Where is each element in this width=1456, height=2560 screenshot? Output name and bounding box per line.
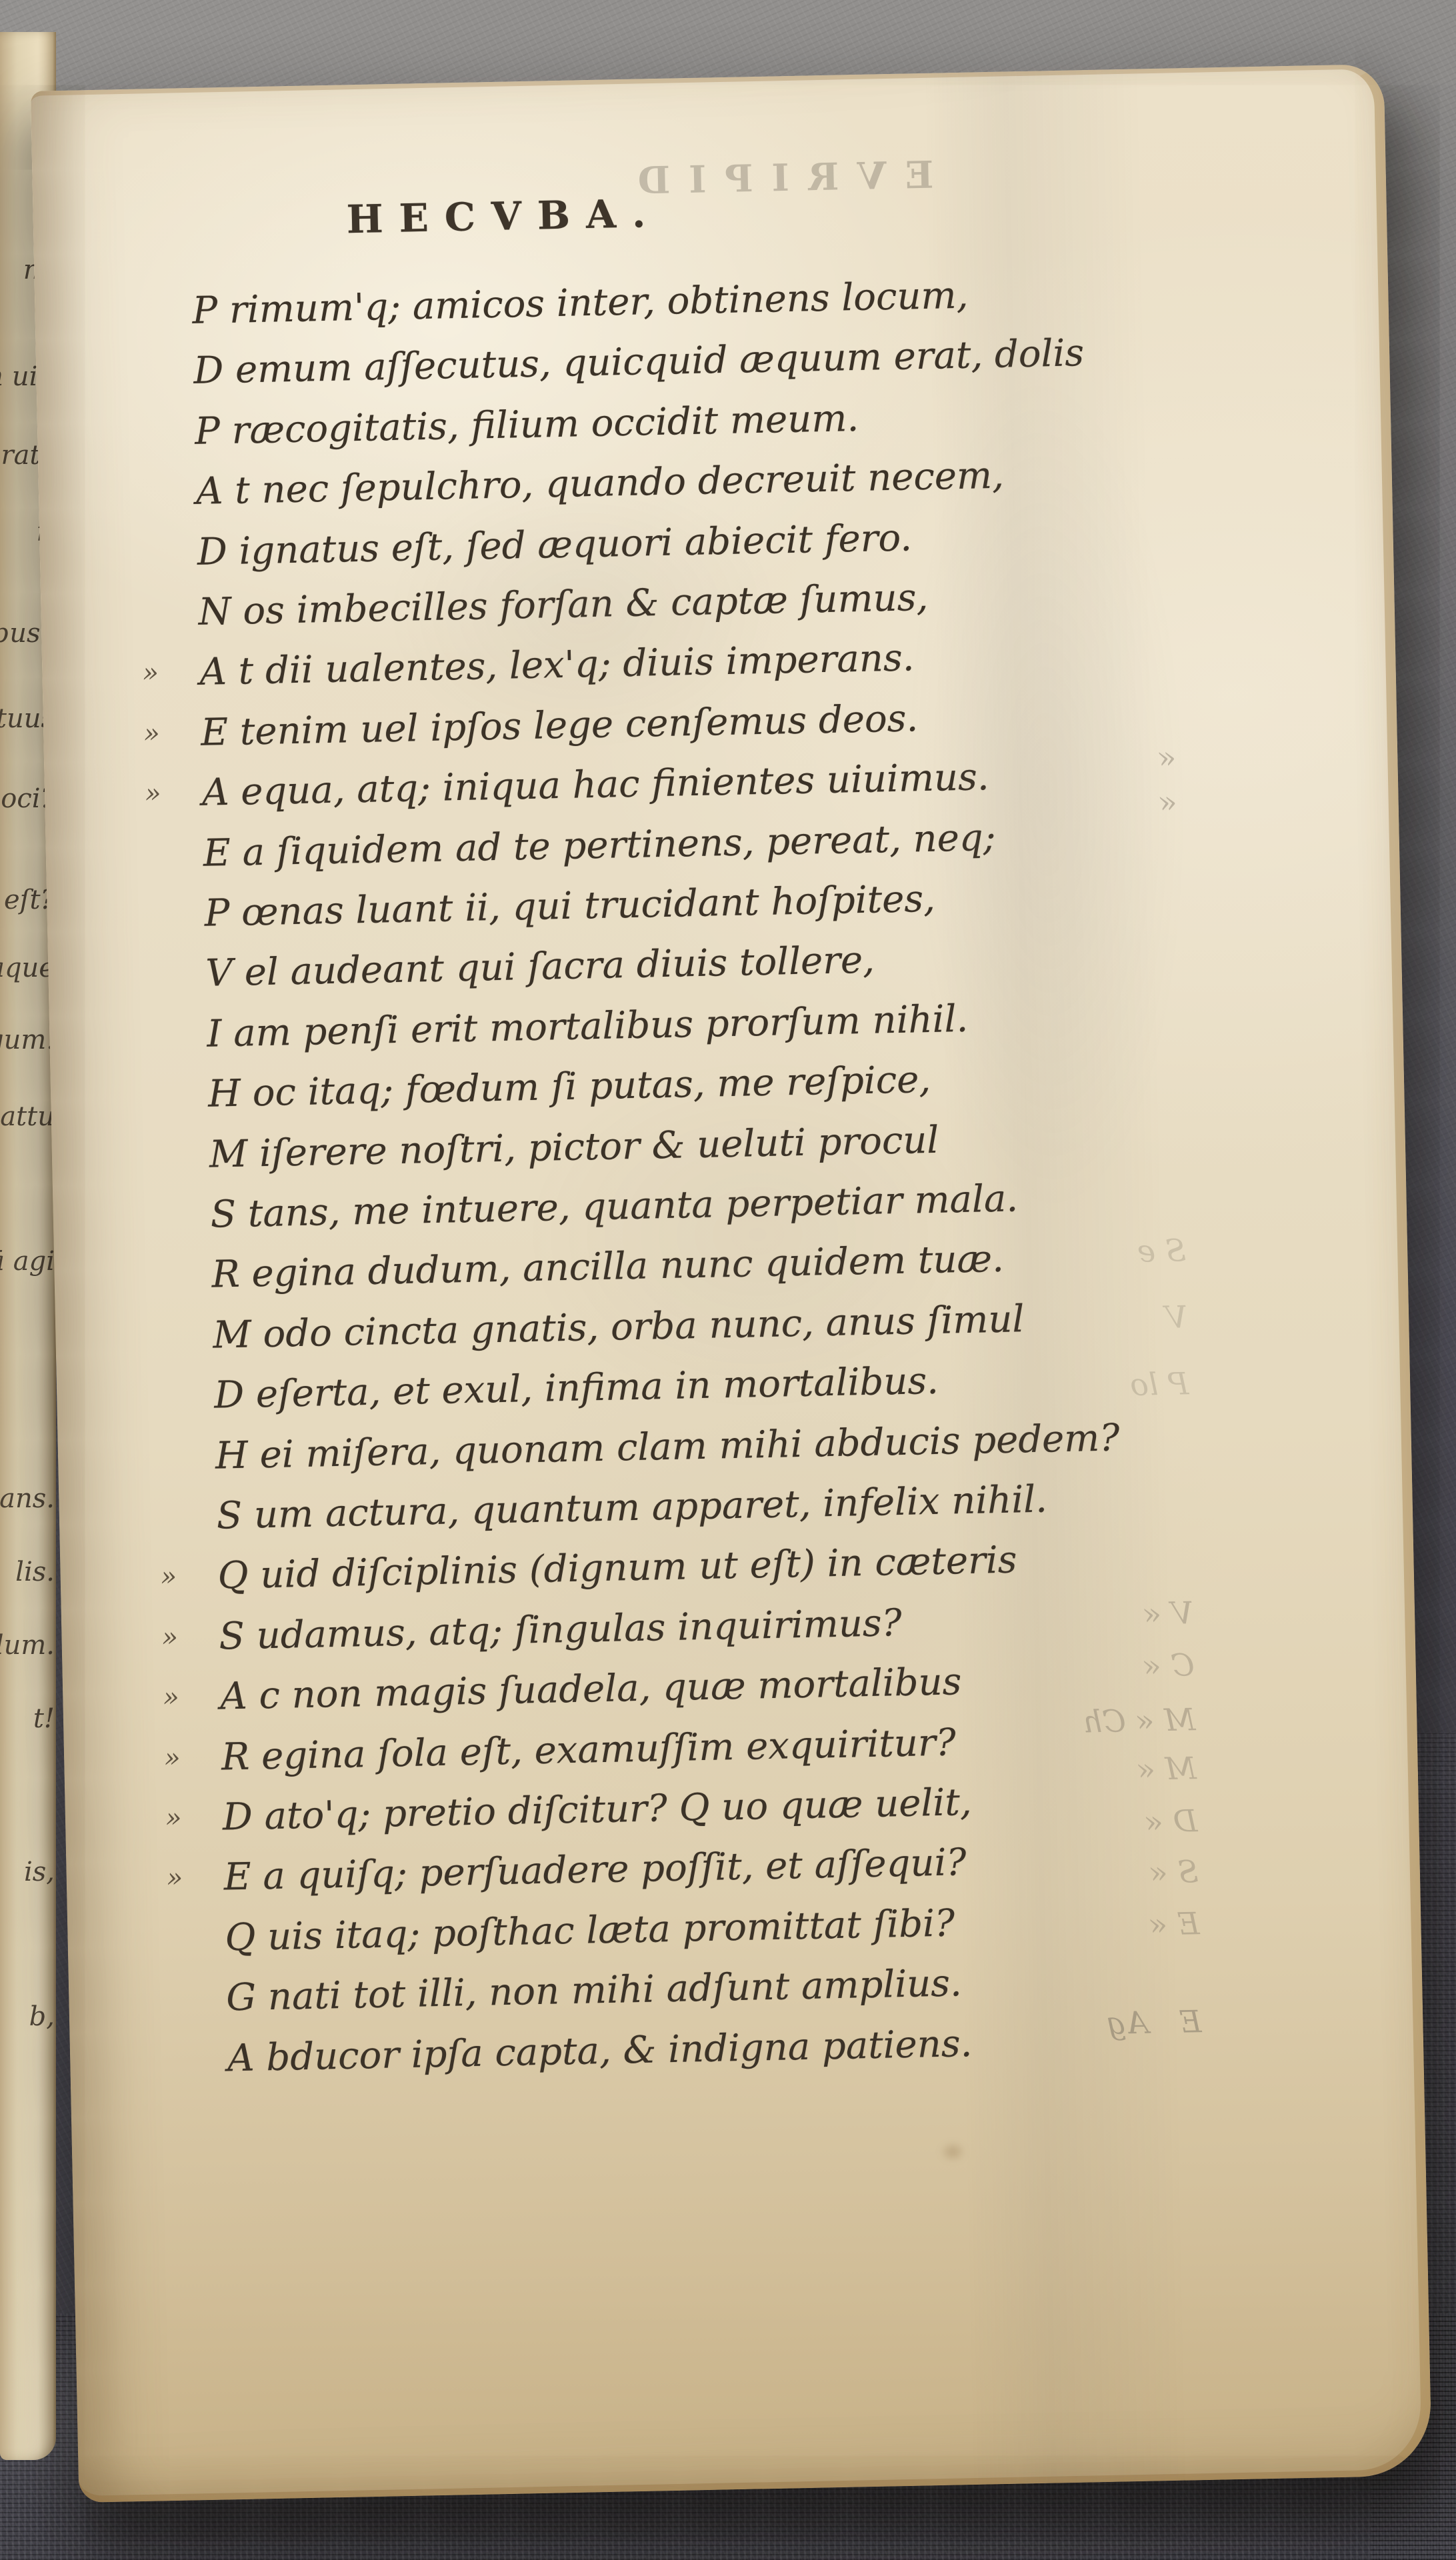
verse-text: P ræcogitatis, filium occidit meum.	[195, 397, 859, 453]
left-page-fragment: b,	[29, 2003, 55, 2030]
showthrough-text: M «	[996, 1753, 1197, 1787]
margin-quote-mark	[139, 500, 196, 501]
verse-text: A t dii ualentes, lex'q; diuis imperans.	[199, 637, 915, 695]
verse-text: G nati tot illi, non mihi adſunt amplius…	[226, 1961, 963, 2019]
margin-quote-mark	[150, 1043, 207, 1044]
verse-line: P rimum'q; amicos inter, obtinens locum,	[135, 277, 969, 331]
left-page-fragment: ans.	[0, 1485, 55, 1512]
left-page-fragment: is attu	[0, 1103, 55, 1130]
verse-line: »R egina ſola eſt, examuſſim exquiritur?	[164, 1724, 957, 1777]
left-page-fragment: is,	[24, 1859, 55, 1885]
verse-text: A c non magis ſuadela, quæ mortalibus	[220, 1660, 962, 1718]
verse-text: N os imbecilles forſan & captæ ſumus,	[198, 576, 929, 634]
margin-quote-mark	[135, 319, 193, 321]
margin-quote-mark: »	[143, 719, 201, 747]
verse-text: D eſerta, et exul, infima in mortalibus.	[214, 1359, 939, 1417]
margin-quote-mark	[137, 440, 195, 441]
margin-quote-mark	[158, 1464, 215, 1465]
verse-text: R egina ſola eſt, examuſſim exquiritur?	[221, 1721, 956, 1779]
margin-quote-mark	[157, 1404, 214, 1405]
showthrough-text: «	[976, 741, 1177, 776]
verse-line: D emum aſſecutus, quicquid æquum erat, d…	[136, 335, 1085, 391]
showthrough-text: P lo	[989, 1368, 1189, 1403]
verse-text: S um actura, quantum apparet, infelix ni…	[216, 1478, 1047, 1538]
verse-line: S um actura, quantum apparet, infelix ni…	[159, 1481, 1047, 1537]
verse-text: H oc itaq; fœdum ſi putas, me reſpice,	[207, 1058, 931, 1116]
verse-line: V el audeant qui ſacra diuis tollere,	[148, 942, 875, 994]
verse-line: »E a quiſq; perſuadere poſſit, et aſſequ…	[166, 1844, 967, 1897]
page-header: HECVBA.	[346, 191, 662, 242]
margin-quote-mark	[155, 1283, 212, 1285]
showthrough-text: S e	[986, 1235, 1187, 1269]
margin-quote-mark	[147, 922, 205, 923]
verse-line: H ei miſera, quonam clam mihi abducis pe…	[158, 1419, 1120, 1476]
book-page: EVRIPID HECVBA. P rimum'q; amicos inter,…	[31, 64, 1432, 2503]
verse-text: M iſerere noſtri, pictor & ueluti procul	[209, 1118, 939, 1176]
showthrough-text: E «	[999, 1908, 1200, 1943]
margin-quote-mark	[149, 982, 206, 983]
verse-text: A bducor ipſa capta, & indigna patiens.	[227, 2022, 973, 2080]
verse-line: H oc itaq; fœdum ſi putas, me reſpice,	[151, 1061, 931, 1114]
verse-text: D ignatus eſt, ſed æquori abiecit fero.	[197, 516, 912, 574]
margin-quote-mark: »	[166, 1864, 224, 1892]
verse-text: E tenim uel ipſos lege cenſemus deos.	[201, 697, 919, 755]
margin-quote-mark	[153, 1223, 211, 1225]
verse-text: P rimum'q; amicos inter, obtinens locum,	[192, 274, 969, 333]
margin-quote-mark: »	[165, 1803, 223, 1831]
margin-quote-mark	[168, 1946, 225, 1947]
verse-line: S tans, me intuere, quanta perpetiar mal…	[153, 1180, 1018, 1235]
showthrough-text: S «	[998, 1856, 1199, 1891]
verse-line: P œnas luant ii, qui trucidant hoſpites,	[147, 881, 935, 934]
showthrough-text: D «	[997, 1805, 1198, 1840]
verse-text: D emum aſſecutus, quicquid æquum erat, d…	[193, 331, 1085, 393]
left-page-fragment: raque	[0, 955, 55, 981]
showthrough-text: E Ag	[1001, 2006, 1202, 2041]
verse-text: A t nec ſepulchro, quando decreuit necem…	[195, 454, 1004, 513]
verse-line: Q uis itaq; poſthac læta promittat ſibi?	[167, 1905, 955, 1958]
verse-line: »A c non magis ſuadela, quæ mortalibus	[163, 1663, 962, 1717]
left-page-fragment: ddā agi	[0, 1248, 55, 1275]
margin-quote-mark: »	[164, 1743, 222, 1771]
verse-line: »D ato'q; pretio diſcitur? Q uo quæ ueli…	[165, 1784, 972, 1837]
margin-quote-mark: »	[142, 659, 200, 687]
margin-quote-mark	[156, 1343, 213, 1345]
left-page-fragment: t!	[33, 1705, 55, 1732]
verse-line: »S udamus, atq; ſingulas inquirimus?	[161, 1605, 902, 1657]
page-stain	[935, 2138, 971, 2165]
showthrough-text: C «	[994, 1649, 1195, 1684]
book-photo-scene: n?uem uiderat?r.ibus?ortuusor loci?es eſ…	[0, 0, 1456, 2560]
verse-text: R egina dudum, ancilla nunc quidem tuæ.	[211, 1237, 1005, 1297]
verse-text: Q uis itaq; poſthac læta promittat ſibi?	[225, 1901, 955, 1959]
verse-line: D ignatus eſt, ſed æquori abiecit fero.	[139, 519, 912, 572]
verse-line: P ræcogitatis, filium occidit meum.	[137, 400, 859, 452]
verse-line: »A equa, atq; iniqua hac finientes uiuim…	[145, 759, 990, 813]
showthrough-text: V «	[993, 1597, 1194, 1632]
verse-line: M odo cincta gnatis, orba nunc, anus ſim…	[155, 1301, 1025, 1355]
verse-text: Q uid diſciplinis (dignum ut eſt) in cæt…	[217, 1539, 1017, 1598]
verse-line: I am penſi erit mortalibus prorſum nihil…	[149, 1001, 969, 1055]
verse-text: S udamus, atq; ſingulas inquirimus?	[219, 1601, 902, 1659]
verse-line: N os imbecilles forſan & captæ ſumus,	[141, 579, 929, 633]
margin-quote-mark	[170, 2067, 227, 2068]
verse-text: D ato'q; pretio diſcitur? Q uo quæ uelit…	[222, 1781, 972, 1839]
verse-text: I am penſi erit mortalibus prorſum nihil…	[207, 997, 969, 1056]
margin-quote-mark	[140, 560, 197, 561]
margin-quote-mark: »	[145, 779, 203, 807]
margin-quote-mark	[159, 1525, 217, 1526]
verse-text: H ei miſera, quonam clam mihi abducis pe…	[215, 1416, 1120, 1477]
verse-text: V el audeant qui ſacra diuis tollere,	[205, 939, 875, 995]
margin-quote-mark: »	[160, 1563, 218, 1591]
verse-text: E a quiſq; perſuadere poſſit, et aſſequi…	[223, 1841, 967, 1899]
verse-text: S tans, me intuere, quanta perpetiar mal…	[210, 1177, 1019, 1236]
verse-line: A t nec ſepulchro, quando decreuit necem…	[138, 457, 1004, 512]
margin-quote-mark: »	[161, 1623, 219, 1651]
verse-line: »Q uid diſciplinis (dignum ut eſt) in cæ…	[160, 1542, 1017, 1597]
verse-text: M odo cincta gnatis, orba nunc, anus ſim…	[213, 1297, 1025, 1357]
verse-line: M iſerere noſtri, pictor & ueluti procul	[151, 1121, 939, 1175]
showthrough-text: M « Ch	[995, 1704, 1196, 1739]
verse-text: P œnas luant ii, qui trucidant hoſpites,	[204, 877, 935, 935]
margin-quote-mark	[152, 1163, 209, 1164]
verse-line: »A t dii ualentes, lex'q; diuis imperans…	[142, 640, 915, 693]
verse-line: E a ſiquidem ad te pertinens, pereat, ne…	[145, 819, 996, 874]
left-page-fragment: lum.	[0, 1632, 55, 1659]
verse-line: R egina dudum, ancilla nunc quidem tuæ.	[154, 1241, 1004, 1295]
showthrough-text: «	[977, 786, 1177, 821]
verse-line: »E tenim uel ipſos lege cenſemus deos.	[143, 700, 919, 753]
verse-text: E a ſiquidem ad te pertinens, pereat, ne…	[203, 816, 996, 875]
left-page-fragment: ygum.	[0, 1027, 55, 1053]
left-page-fragment: lis.	[15, 1559, 55, 1585]
ghost-header-showthrough: EVRIPID	[619, 153, 934, 203]
verse-line: G nati tot illi, non mihi adſunt amplius…	[169, 1965, 962, 2018]
margin-quote-mark	[151, 1103, 208, 1104]
margin-quote-mark	[137, 379, 194, 381]
margin-quote-mark: »	[163, 1683, 221, 1711]
showthrough-text: V	[987, 1301, 1188, 1336]
verse-line: D eſerta, et exul, infima in mortalibus.	[157, 1363, 939, 1416]
margin-quote-mark	[141, 621, 199, 622]
margin-quote-mark	[169, 2007, 227, 2008]
verse-text: A equa, atq; iniqua hac finientes uiuimu…	[201, 755, 989, 815]
verse-line: A bducor ipſa capta, & indigna patiens.	[170, 2025, 973, 2079]
margin-quote-mark	[146, 861, 203, 863]
